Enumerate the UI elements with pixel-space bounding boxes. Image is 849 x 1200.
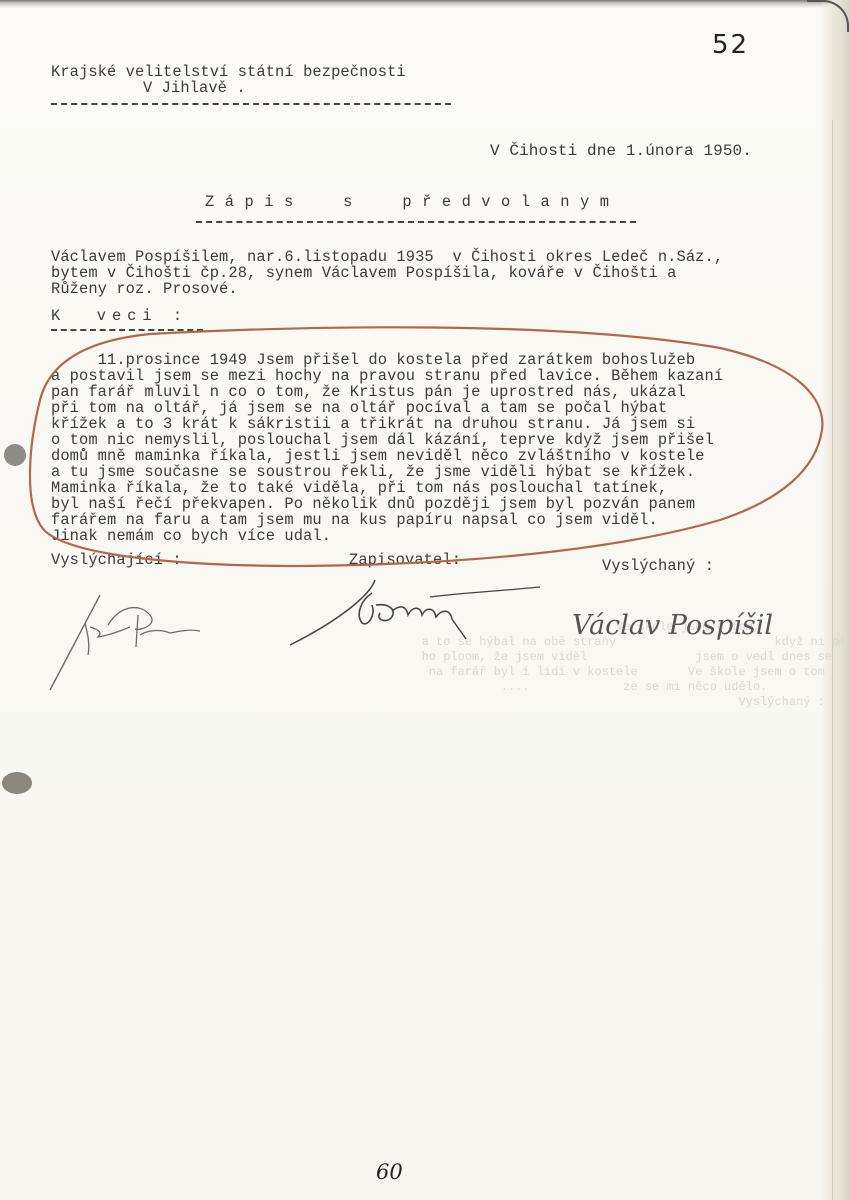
signature-interrogated: Václav Pospíšil xyxy=(570,596,820,656)
signature-text: Václav Pospíšil xyxy=(572,610,773,641)
punch-hole-icon xyxy=(2,772,32,794)
signature-interrogator xyxy=(40,585,240,695)
red-ellipse-annotation xyxy=(0,0,849,620)
signature-recorder xyxy=(280,575,550,655)
document-page: 52 Krajské velitelství státní bezpečnost… xyxy=(0,0,849,1200)
bottom-page-number: 60 xyxy=(376,1160,403,1184)
